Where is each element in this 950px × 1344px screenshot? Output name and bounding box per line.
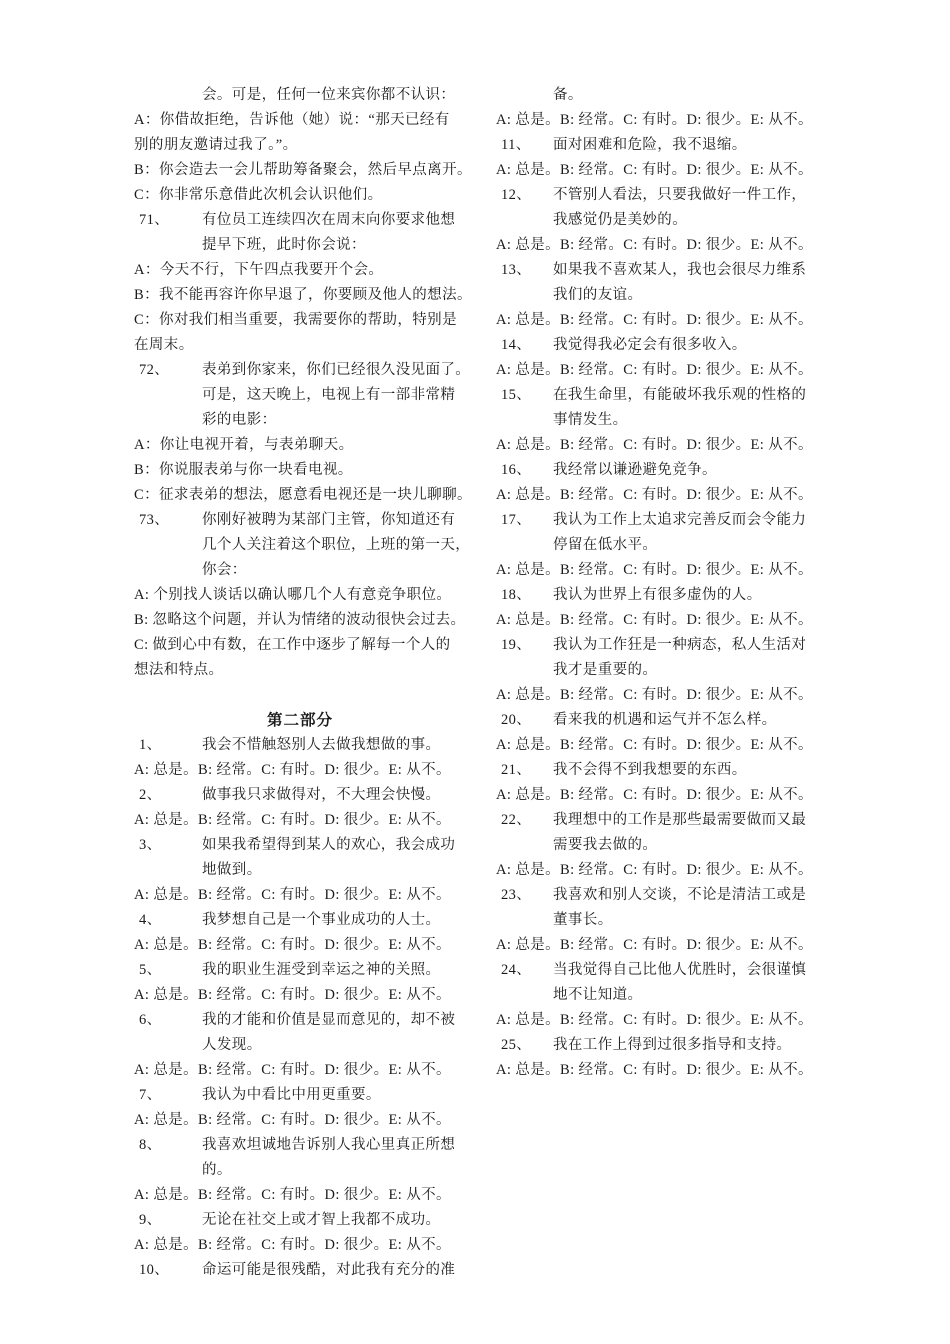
question-text: 我认为工作上太追求完善反而会令能力 — [553, 508, 806, 533]
question-text: 表弟到你家来，你们已经很久没见面了。 — [202, 358, 470, 383]
question-continuation-line: 事情发生。 — [496, 408, 830, 433]
answer-scale-line: A: 总是。B: 经常。C: 有时。D: 很少。E: 从不。 — [496, 733, 830, 758]
question-number: 19、 — [496, 633, 531, 658]
question-number: 13、 — [496, 258, 531, 283]
question-number: 5、 — [134, 958, 162, 983]
question-text: 我认为世界上有很多虚伪的人。 — [553, 583, 762, 608]
question-number: 22、 — [496, 808, 531, 833]
option-line: 在周末。 — [134, 333, 466, 358]
question-continuation-line: 董事长。 — [496, 908, 830, 933]
question-number: 7、 — [134, 1083, 162, 1108]
question-number: 1、 — [134, 733, 162, 758]
option-line: C：你非常乐意借此次机会认识他们。 — [134, 183, 466, 208]
question-text: 如果我希望得到某人的欢心，我会成功 — [202, 833, 455, 858]
question-text: 我认为中看比中用更重要。 — [202, 1083, 381, 1108]
question-line: 73、你刚好被聘为某部门主管，你知道还有 — [134, 508, 466, 533]
option-line: B：你会造去一会儿帮助筹备聚会，然后早点离开。 — [134, 158, 466, 183]
question-line: 16、我经常以谦逊避免竞争。 — [496, 458, 830, 483]
answer-scale-line: A: 总是。B: 经常。C: 有时。D: 很少。E: 从不。 — [496, 308, 830, 333]
option-line: A：今天不行，下午四点我要开个会。 — [134, 258, 466, 283]
answer-scale-line: A: 总是。B: 经常。C: 有时。D: 很少。E: 从不。 — [496, 358, 830, 383]
question-number: 18、 — [496, 583, 531, 608]
question-number: 21、 — [496, 758, 531, 783]
question-number: 11、 — [496, 133, 531, 158]
question-line: 3、如果我希望得到某人的欢心，我会成功 — [134, 833, 466, 858]
question-text: 你刚好被聘为某部门主管，你知道还有 — [202, 508, 455, 533]
answer-scale-line: A: 总是。B: 经常。C: 有时。D: 很少。E: 从不。 — [134, 933, 466, 958]
question-continuation-line: 需要我去做的。 — [496, 833, 830, 858]
answer-scale-line: A: 总是。B: 经常。C: 有时。D: 很少。E: 从不。 — [496, 933, 830, 958]
question-number: 2、 — [134, 783, 162, 808]
question-number: 72、 — [134, 358, 169, 383]
answer-scale-line: A: 总是。B: 经常。C: 有时。D: 很少。E: 从不。 — [496, 433, 830, 458]
question-line: 2、做事我只求做得对，不大理会快慢。 — [134, 783, 466, 808]
question-continuation-line: 几个人关注着这个职位，上班的第一天， — [134, 533, 466, 558]
question-number: 15、 — [496, 383, 531, 408]
question-line: 4、我梦想自己是一个事业成功的人士。 — [134, 908, 466, 933]
option-line: C: 做到心中有数，在工作中逐步了解每一个人的 — [134, 633, 466, 658]
answer-scale-line: A: 总是。B: 经常。C: 有时。D: 很少。E: 从不。 — [496, 558, 830, 583]
answer-scale-line: A: 总是。B: 经常。C: 有时。D: 很少。E: 从不。 — [496, 608, 830, 633]
question-text: 我喜欢和别人交谈，不论是清洁工或是 — [553, 883, 806, 908]
question-continuation-line: 我感觉仍是美妙的。 — [496, 208, 830, 233]
question-text: 做事我只求做得对，不大理会快慢。 — [202, 783, 440, 808]
answer-scale-line: A: 总是。B: 经常。C: 有时。D: 很少。E: 从不。 — [134, 758, 466, 783]
question-text: 我喜欢坦诚地告诉别人我心里真正所想 — [202, 1133, 455, 1158]
option-line: A：你让电视开着，与表弟聊天。 — [134, 433, 466, 458]
question-line: 6、我的才能和价值是显而意见的，却不被 — [134, 1008, 466, 1033]
question-number: 4、 — [134, 908, 162, 933]
question-line: 20、看来我的机遇和运气并不怎么样。 — [496, 708, 830, 733]
question-line: 7、我认为中看比中用更重要。 — [134, 1083, 466, 1108]
question-continuation-line: 停留在低水平。 — [496, 533, 830, 558]
option-line: 别的朋友邀请过我了。”。 — [134, 133, 466, 158]
question-number: 25、 — [496, 1033, 531, 1058]
question-number: 14、 — [496, 333, 531, 358]
question-line: 25、我在工作上得到过很多指导和支持。 — [496, 1033, 830, 1058]
question-text: 无论在社交上或才智上我都不成功。 — [202, 1208, 440, 1233]
question-text: 不管别人看法，只要我做好一件工作， — [553, 183, 806, 208]
blank-line — [134, 683, 466, 708]
question-line: 23、我喜欢和别人交谈，不论是清洁工或是 — [496, 883, 830, 908]
question-text: 我觉得我必定会有很多收入。 — [553, 333, 747, 358]
question-line: 11、面对困难和危险，我不退缩。 — [496, 133, 830, 158]
question-number: 16、 — [496, 458, 531, 483]
question-text: 我会不惜触怒别人去做我想做的事。 — [202, 733, 440, 758]
question-continuation-line: 地不让知道。 — [496, 983, 830, 1008]
question-continuation-line: 可是，这天晚上，电视上有一部非常精 — [134, 383, 466, 408]
answer-scale-line: A: 总是。B: 经常。C: 有时。D: 很少。E: 从不。 — [496, 108, 830, 133]
answer-scale-line: A: 总是。B: 经常。C: 有时。D: 很少。E: 从不。 — [134, 1058, 466, 1083]
question-number: 3、 — [134, 833, 162, 858]
question-continuation-line: 会。可是，任何一位来宾你都不认识： — [134, 83, 466, 108]
section-heading: 第二部分 — [134, 708, 466, 733]
question-continuation-line: 彩的电影： — [134, 408, 466, 433]
answer-scale-line: A: 总是。B: 经常。C: 有时。D: 很少。E: 从不。 — [134, 883, 466, 908]
option-line: A: 个别找人谈话以确认哪几个人有意竞争职位。 — [134, 583, 466, 608]
question-continuation-line: 备。 — [496, 83, 830, 108]
question-line: 72、表弟到你家来，你们已经很久没见面了。 — [134, 358, 466, 383]
answer-scale-line: A: 总是。B: 经常。C: 有时。D: 很少。E: 从不。 — [134, 983, 466, 1008]
question-number: 23、 — [496, 883, 531, 908]
answer-scale-line: A: 总是。B: 经常。C: 有时。D: 很少。E: 从不。 — [496, 1058, 830, 1083]
answer-scale-line: A: 总是。B: 经常。C: 有时。D: 很少。E: 从不。 — [496, 233, 830, 258]
answer-scale-line: A: 总是。B: 经常。C: 有时。D: 很少。E: 从不。 — [496, 1008, 830, 1033]
answer-scale-line: A: 总是。B: 经常。C: 有时。D: 很少。E: 从不。 — [134, 1233, 466, 1258]
option-line: A：你借故拒绝，告诉他（她）说：“那天已经有 — [134, 108, 466, 133]
answer-scale-line: A: 总是。B: 经常。C: 有时。D: 很少。E: 从不。 — [134, 1108, 466, 1133]
question-line: 18、我认为世界上有很多虚伪的人。 — [496, 583, 830, 608]
question-number: 6、 — [134, 1008, 162, 1033]
answer-scale-line: A: 总是。B: 经常。C: 有时。D: 很少。E: 从不。 — [134, 1183, 466, 1208]
answer-scale-line: A: 总是。B: 经常。C: 有时。D: 很少。E: 从不。 — [496, 483, 830, 508]
question-text: 我不会得不到我想要的东西。 — [553, 758, 747, 783]
question-line: 17、我认为工作上太追求完善反而会令能力 — [496, 508, 830, 533]
question-continuation-line: 我才是重要的。 — [496, 658, 830, 683]
question-number: 20、 — [496, 708, 531, 733]
option-line: B：我不能再容许你早退了，你要顾及他人的想法。 — [134, 283, 466, 308]
right-column: 备。A: 总是。B: 经常。C: 有时。D: 很少。E: 从不。11、面对困难和… — [496, 83, 830, 1083]
questionnaire-page: 会。可是，任何一位来宾你都不认识：A：你借故拒绝，告诉他（她）说：“那天已经有别… — [0, 0, 950, 1344]
question-text: 我的职业生涯受到幸运之神的关照。 — [202, 958, 440, 983]
question-number: 71、 — [134, 208, 169, 233]
option-line: C：你对我们相当重要，我需要你的帮助，特别是 — [134, 308, 466, 333]
question-continuation-line: 我们的友谊。 — [496, 283, 830, 308]
answer-scale-line: A: 总是。B: 经常。C: 有时。D: 很少。E: 从不。 — [134, 808, 466, 833]
question-text: 我认为工作狂是一种病态，私人生活对 — [553, 633, 806, 658]
question-continuation-line: 的。 — [134, 1158, 466, 1183]
question-line: 14、我觉得我必定会有很多收入。 — [496, 333, 830, 358]
option-line: C：征求表弟的想法，愿意看电视还是一块儿聊聊。 — [134, 483, 466, 508]
question-line: 8、我喜欢坦诚地告诉别人我心里真正所想 — [134, 1133, 466, 1158]
question-line: 1、我会不惜触怒别人去做我想做的事。 — [134, 733, 466, 758]
question-line: 13、如果我不喜欢某人，我也会很尽力维系 — [496, 258, 830, 283]
question-text: 看来我的机遇和运气并不怎么样。 — [553, 708, 777, 733]
option-line: B：你说服表弟与你一块看电视。 — [134, 458, 466, 483]
question-text: 命运可能是很残酷，对此我有充分的准 — [202, 1258, 455, 1283]
question-number: 8、 — [134, 1133, 162, 1158]
question-number: 12、 — [496, 183, 531, 208]
question-line: 22、我理想中的工作是那些最需要做而又最 — [496, 808, 830, 833]
answer-scale-line: A: 总是。B: 经常。C: 有时。D: 很少。E: 从不。 — [496, 858, 830, 883]
question-continuation-line: 人发现。 — [134, 1033, 466, 1058]
question-text: 当我觉得自己比他人优胜时，会很谨慎 — [553, 958, 806, 983]
question-line: 15、在我生命里，有能破坏我乐观的性格的 — [496, 383, 830, 408]
question-line: 24、当我觉得自己比他人优胜时，会很谨慎 — [496, 958, 830, 983]
question-text: 我在工作上得到过很多指导和支持。 — [553, 1033, 791, 1058]
question-line: 9、无论在社交上或才智上我都不成功。 — [134, 1208, 466, 1233]
question-text: 我理想中的工作是那些最需要做而又最 — [553, 808, 806, 833]
question-number: 24、 — [496, 958, 531, 983]
question-line: 5、我的职业生涯受到幸运之神的关照。 — [134, 958, 466, 983]
question-text: 我的才能和价值是显而意见的，却不被 — [202, 1008, 455, 1033]
question-text: 我梦想自己是一个事业成功的人士。 — [202, 908, 440, 933]
question-text: 有位员工连续四次在周末向你要求他想 — [202, 208, 455, 233]
question-continuation-line: 你会： — [134, 558, 466, 583]
left-column: 会。可是，任何一位来宾你都不认识：A：你借故拒绝，告诉他（她）说：“那天已经有别… — [134, 83, 466, 1283]
question-line: 12、不管别人看法，只要我做好一件工作， — [496, 183, 830, 208]
question-text: 我经常以谦逊避免竞争。 — [553, 458, 717, 483]
option-line: B: 忽略这个问题，并认为情绪的波动很快会过去。 — [134, 608, 466, 633]
question-line: 10、命运可能是很残酷，对此我有充分的准 — [134, 1258, 466, 1283]
question-number: 9、 — [134, 1208, 162, 1233]
question-text: 如果我不喜欢某人，我也会很尽力维系 — [553, 258, 806, 283]
question-text: 在我生命里，有能破坏我乐观的性格的 — [553, 383, 806, 408]
question-number: 10、 — [134, 1258, 169, 1283]
answer-scale-line: A: 总是。B: 经常。C: 有时。D: 很少。E: 从不。 — [496, 158, 830, 183]
answer-scale-line: A: 总是。B: 经常。C: 有时。D: 很少。E: 从不。 — [496, 783, 830, 808]
question-text: 面对困难和危险，我不退缩。 — [553, 133, 747, 158]
question-continuation-line: 地做到。 — [134, 858, 466, 883]
question-number: 17、 — [496, 508, 531, 533]
question-number: 73、 — [134, 508, 169, 533]
question-line: 19、我认为工作狂是一种病态，私人生活对 — [496, 633, 830, 658]
question-line: 71、有位员工连续四次在周末向你要求他想 — [134, 208, 466, 233]
answer-scale-line: A: 总是。B: 经常。C: 有时。D: 很少。E: 从不。 — [496, 683, 830, 708]
option-line: 想法和特点。 — [134, 658, 466, 683]
question-line: 21、我不会得不到我想要的东西。 — [496, 758, 830, 783]
question-continuation-line: 提早下班，此时你会说： — [134, 233, 466, 258]
